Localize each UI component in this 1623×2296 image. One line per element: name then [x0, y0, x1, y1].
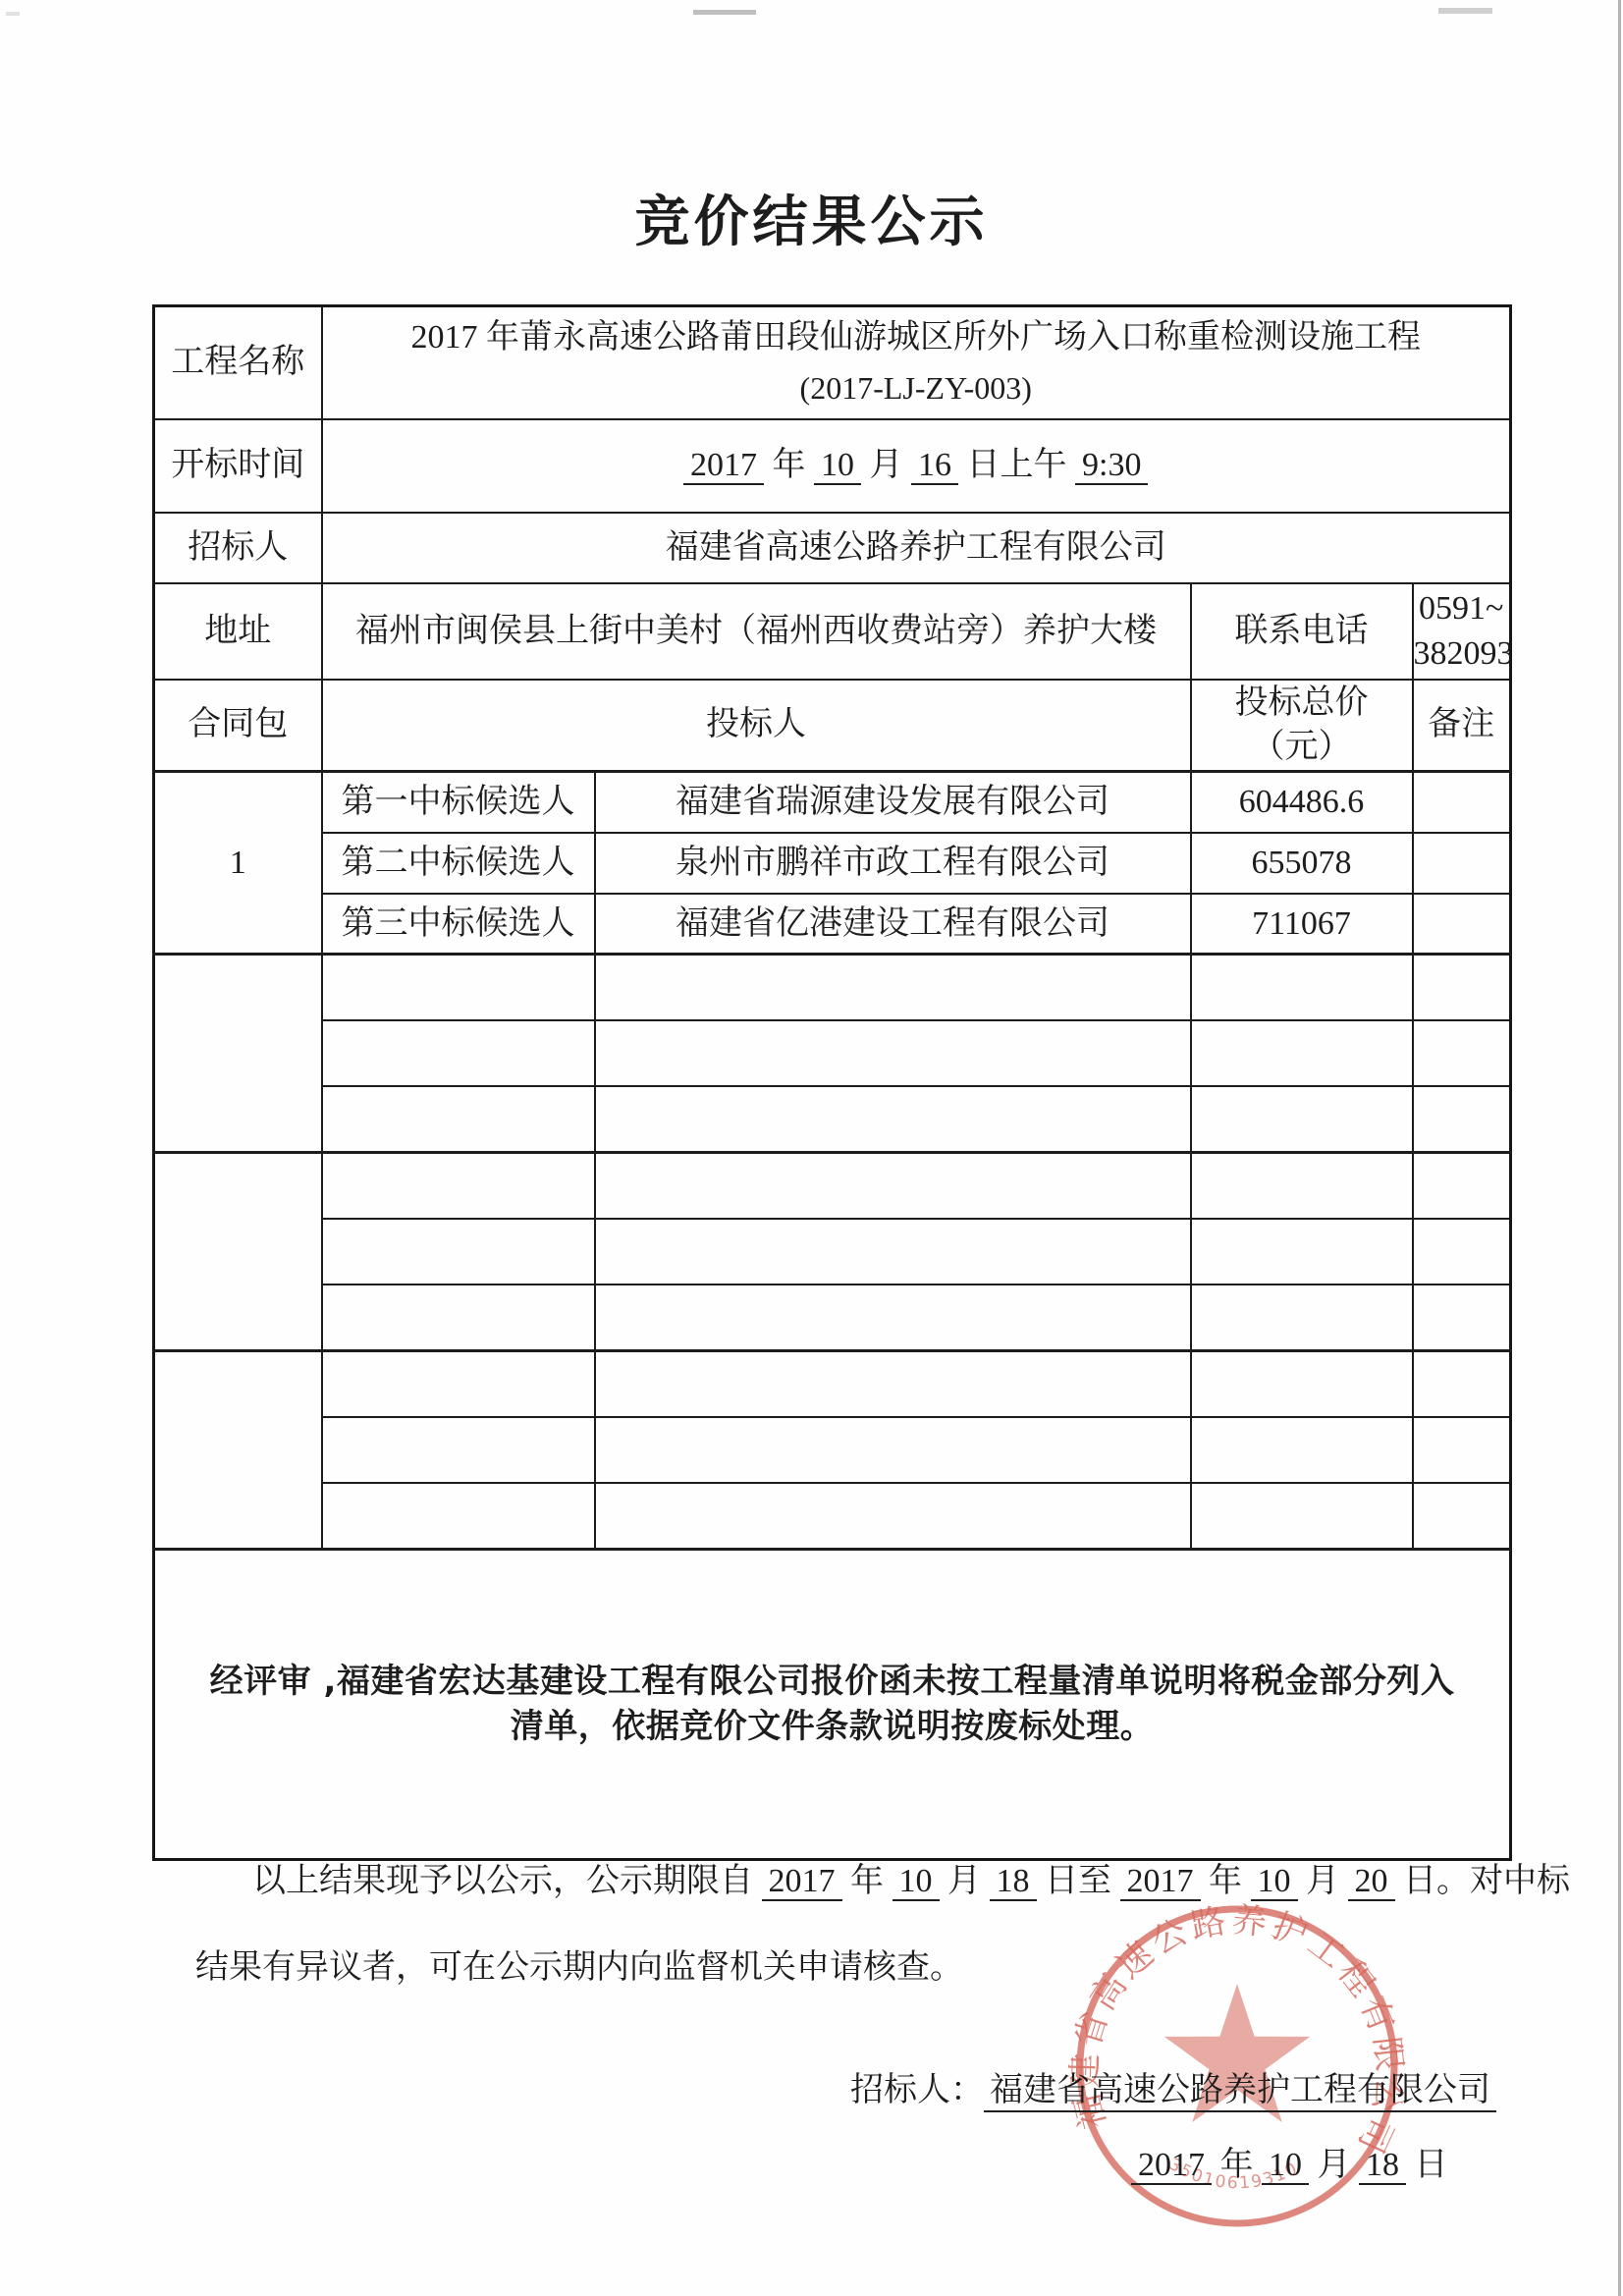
scan-edge-line — [1618, 0, 1621, 2296]
empty-cell — [595, 1020, 1191, 1086]
phone-value: 0591~ 38209392 — [1413, 583, 1511, 680]
candidate-1-rank: 第一中标候选人 — [322, 772, 595, 833]
empty-cell — [1413, 1285, 1511, 1351]
empty-package-cell — [154, 955, 322, 1153]
signature-label: 招标人： — [850, 2072, 984, 2108]
candidate-3-price: 711067 — [1191, 894, 1413, 955]
empty-row — [154, 1285, 1511, 1351]
scanned-document-page: 竞价结果公示 工程名称 2017 年莆永高速公路莆田段仙游城区所外广场入口称重检… — [0, 0, 1623, 2296]
empty-row — [154, 955, 1511, 1021]
empty-cell — [1191, 1219, 1413, 1285]
empty-row — [154, 1417, 1511, 1483]
candidate-1-remark — [1413, 772, 1511, 833]
header-total-price: 投标总价 （元） — [1191, 680, 1413, 772]
scan-mark-top-right — [1438, 8, 1492, 14]
empty-cell — [1413, 1351, 1511, 1418]
candidate-2-price: 655078 — [1191, 833, 1413, 894]
empty-cell — [595, 1351, 1191, 1418]
empty-cell — [1413, 1020, 1511, 1086]
scan-mark-corner — [6, 12, 20, 16]
empty-row — [154, 1483, 1511, 1550]
empty-cell — [1413, 1086, 1511, 1153]
empty-row — [154, 1020, 1511, 1086]
empty-cell — [1413, 955, 1511, 1021]
empty-cell — [595, 1483, 1191, 1550]
candidate-row-1: 1 第一中标候选人 福建省瑞源建设发展有限公司 604486.6 — [154, 772, 1511, 833]
empty-cell — [1191, 1483, 1413, 1550]
review-note-line1: 经评审 ,福建省宏达基建设工程有限公司报价函未按工程量清单说明将税金部分列入 — [155, 1660, 1509, 1705]
header-remark: 备注 — [1413, 680, 1511, 772]
empty-cell — [322, 955, 595, 1021]
empty-row — [154, 1351, 1511, 1418]
empty-cell — [322, 1086, 595, 1153]
empty-row — [154, 1086, 1511, 1153]
empty-cell — [595, 1219, 1191, 1285]
candidate-2-company: 泉州市鹏祥市政工程有限公司 — [595, 833, 1191, 894]
address-value: 福州市闽侯县上街中美村（福州西收费站旁）养护大楼 — [322, 583, 1191, 680]
empty-cell — [595, 1086, 1191, 1153]
project-code: (2017-LJ-ZY-003) — [323, 364, 1510, 413]
empty-cell — [322, 1020, 595, 1086]
phone-line1: 0591~ — [1414, 586, 1510, 631]
row-tenderer: 招标人 福建省高速公路养护工程有限公司 — [154, 513, 1511, 583]
bid-result-table: 工程名称 2017 年莆永高速公路莆田段仙游城区所外广场入口称重检测设施工程 (… — [152, 304, 1512, 1861]
review-note-line2: 清单，依据竞价文件条款说明按废标处理。 — [155, 1705, 1509, 1750]
empty-cell — [322, 1153, 595, 1220]
candidate-3-rank: 第三中标候选人 — [322, 894, 595, 955]
empty-cell — [1191, 1153, 1413, 1220]
candidate-2-rank: 第二中标候选人 — [322, 833, 595, 894]
project-name-value: 2017 年莆永高速公路莆田段仙游城区所外广场入口称重检测设施工程 (2017-… — [322, 306, 1511, 419]
empty-cell — [1413, 1483, 1511, 1550]
empty-cell — [322, 1285, 595, 1351]
phone-line2: 38209392 — [1414, 631, 1510, 677]
empty-cell — [1191, 1351, 1413, 1418]
candidate-1-company: 福建省瑞源建设发展有限公司 — [595, 772, 1191, 833]
review-note: 经评审 ,福建省宏达基建设工程有限公司报价函未按工程量清单说明将税金部分列入 清… — [154, 1550, 1511, 1860]
tenderer-label: 招标人 — [154, 513, 322, 583]
bid-open-time-label: 开标时间 — [154, 419, 322, 513]
header-bidder: 投标人 — [322, 680, 1191, 772]
empty-cell — [1413, 1417, 1511, 1483]
row-table-header: 合同包 投标人 投标总价 （元） 备注 — [154, 680, 1511, 772]
signature-date: 2017 年 10 月 18 日 — [1131, 2137, 1448, 2185]
candidate-3-company: 福建省亿港建设工程有限公司 — [595, 894, 1191, 955]
row-review-note: 经评审 ,福建省宏达基建设工程有限公司报价函未按工程量清单说明将税金部分列入 清… — [154, 1550, 1511, 1860]
empty-package-cell — [154, 1351, 322, 1550]
row-project-name: 工程名称 2017 年莆永高速公路莆田段仙游城区所外广场入口称重检测设施工程 (… — [154, 306, 1511, 419]
row-address: 地址 福州市闽侯县上街中美村（福州西收费站旁）养护大楼 联系电话 0591~ 3… — [154, 583, 1511, 680]
empty-cell — [322, 1351, 595, 1418]
bid-open-time-value: 2017 年 10 月 16 日上午 9:30 — [322, 419, 1511, 513]
header-package: 合同包 — [154, 680, 322, 772]
empty-cell — [322, 1483, 595, 1550]
candidate-2-remark — [1413, 833, 1511, 894]
empty-cell — [595, 1417, 1191, 1483]
empty-cell — [1191, 955, 1413, 1021]
empty-cell — [1191, 1285, 1413, 1351]
package-number: 1 — [154, 772, 322, 955]
address-label: 地址 — [154, 583, 322, 680]
candidate-row-2: 第二中标候选人 泉州市鹏祥市政工程有限公司 655078 — [154, 833, 1511, 894]
candidate-1-price: 604486.6 — [1191, 772, 1413, 833]
tenderer-value: 福建省高速公路养护工程有限公司 — [322, 513, 1511, 583]
project-name-line1: 2017 年莆永高速公路莆田段仙游城区所外广场入口称重检测设施工程 — [323, 312, 1510, 364]
empty-cell — [1191, 1020, 1413, 1086]
row-bid-open-time: 开标时间 2017 年 10 月 16 日上午 9:30 — [154, 419, 1511, 513]
empty-cell — [322, 1219, 595, 1285]
signature-line: 招标人：福建省高速公路养护工程有限公司 — [850, 2062, 1496, 2110]
candidate-3-remark — [1413, 894, 1511, 955]
empty-row — [154, 1219, 1511, 1285]
empty-cell — [595, 1285, 1191, 1351]
empty-cell — [1191, 1086, 1413, 1153]
signature-company: 福建省高速公路养护工程有限公司 — [984, 2072, 1496, 2112]
empty-row — [154, 1153, 1511, 1220]
empty-cell — [1191, 1417, 1413, 1483]
page-title: 竞价结果公示 — [0, 179, 1623, 257]
empty-cell — [595, 1153, 1191, 1220]
empty-cell — [1413, 1153, 1511, 1220]
empty-cell — [595, 955, 1191, 1021]
candidate-row-3: 第三中标候选人 福建省亿港建设工程有限公司 711067 — [154, 894, 1511, 955]
project-name-label: 工程名称 — [154, 306, 322, 419]
empty-cell — [322, 1417, 595, 1483]
phone-label: 联系电话 — [1191, 583, 1413, 680]
empty-cell — [1413, 1219, 1511, 1285]
scan-mark-top-left — [693, 10, 756, 15]
empty-package-cell — [154, 1153, 322, 1351]
